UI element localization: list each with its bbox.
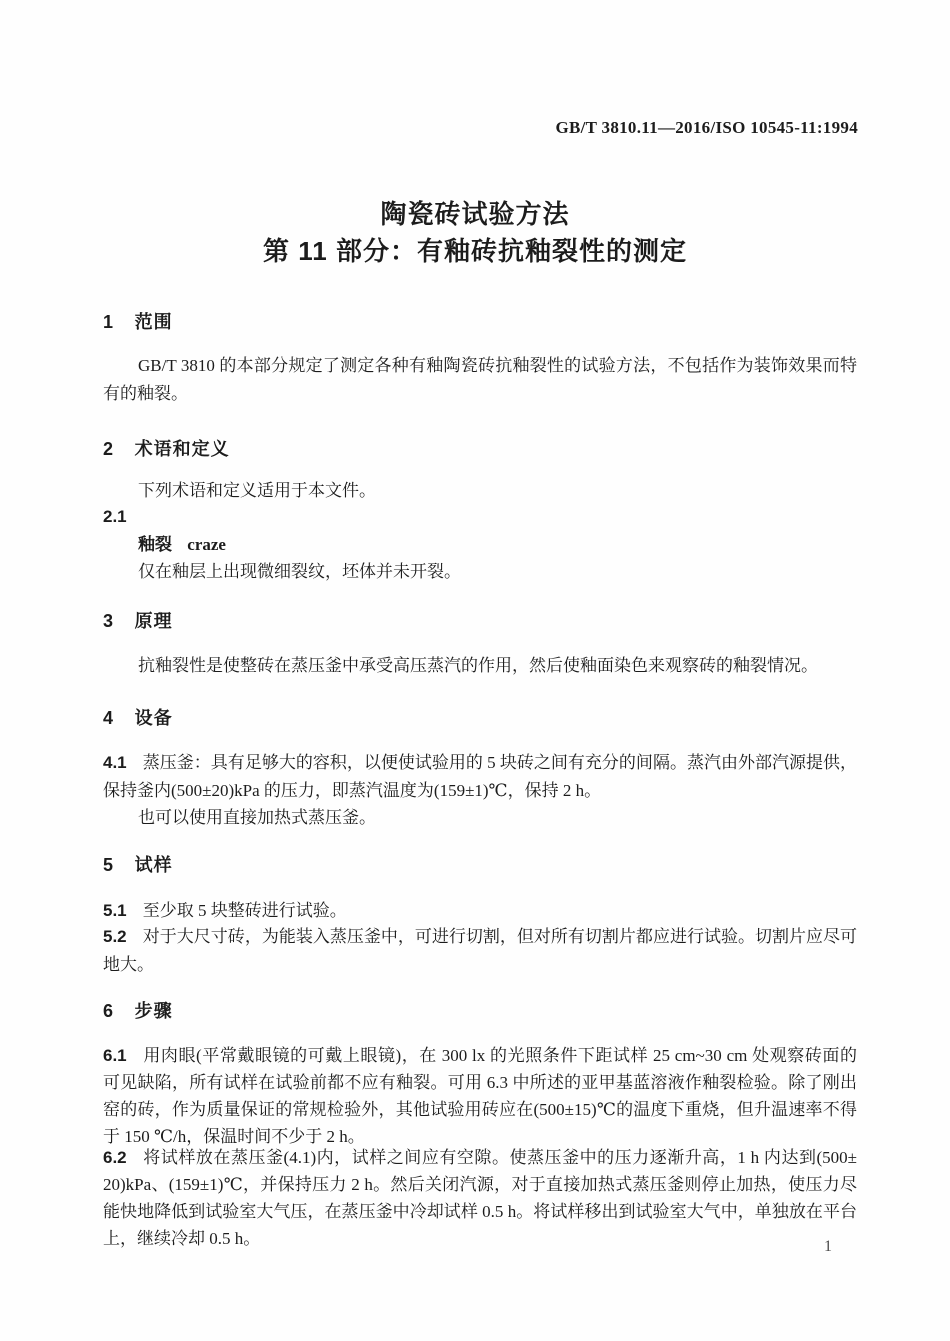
clause-5-1: 5.1至少取 5 块整砖进行试验。 [103, 897, 857, 925]
section-heading-scope: 1范围 [103, 309, 857, 335]
section-heading-procedure: 6步骤 [103, 998, 857, 1024]
text-line: 6.2将试样放在蒸压釜(4.1)内，试样之间应有空隙。使蒸压釜中的压力逐渐升高，… [103, 1144, 857, 1171]
section-heading-principle: 3原理 [103, 608, 857, 634]
section-number: 1 [103, 312, 113, 332]
document-page: GB/T 3810.11—2016/ISO 10545-11:1994 陶瓷砖试… [0, 0, 950, 1341]
text-line: 窑的砖，作为质量保证的常规检验外，其他试验用砖应在(500±15)℃的温度下重烧… [103, 1096, 857, 1123]
section-heading-apparatus: 4设备 [103, 705, 857, 731]
clause-text: 用肉眼(平常戴眼镜的可戴上眼镜)，在 300 lx 的光照条件下距试样 25 c… [143, 1046, 857, 1065]
document-title: 陶瓷砖试验方法 第 11 部分：有釉砖抗釉裂性的测定 [0, 196, 950, 270]
clause-6-1: 6.1用肉眼(平常戴眼镜的可戴上眼镜)，在 300 lx 的光照条件下距试样 2… [103, 1042, 857, 1150]
section-number: 5 [103, 855, 113, 875]
term-definition-line: 釉裂craze [103, 531, 857, 559]
section-label: 术语和定义 [135, 439, 230, 459]
clause-text: 对于大尺寸砖，为能装入蒸压釜中，可进行切割，但对所有切割片都应进行试验。切割片应… [103, 927, 857, 951]
text-line: 也可以使用直接加热式蒸压釜。 [103, 804, 857, 832]
text-line: 5.1至少取 5 块整砖进行试验。 [103, 897, 857, 925]
doc-title-line2: 第 11 部分：有釉砖抗釉裂性的测定 [0, 233, 950, 270]
section-label: 原理 [135, 611, 173, 631]
section-label: 试样 [135, 855, 173, 875]
term-english: craze [187, 535, 226, 554]
text-line: 下列术语和定义适用于本文件。 [103, 477, 857, 505]
section-number: 3 [103, 611, 113, 631]
clause-4-1: 4.1蒸压釜：具有足够大的容积，以便使试验用的 5 块砖之间有充分的间隔。蒸汽由… [103, 749, 857, 805]
clause-number: 4.1 [103, 753, 127, 772]
clause-4-1-note: 也可以使用直接加热式蒸压釜。 [103, 804, 857, 832]
section-label: 设备 [135, 708, 173, 728]
text-line: 可见缺陷，所有试样在试验前都不应有釉裂。可用 6.3 中所述的亚甲基蓝溶液作釉裂… [103, 1069, 857, 1096]
clause-text: 蒸压釜：具有足够大的容积，以便使试验用的 5 块砖之间有充分的间隔。蒸汽由外部汽… [103, 753, 857, 777]
principle-paragraph: 抗釉裂性是使整砖在蒸压釜中承受高压蒸汽的作用，然后使釉面染色来观察砖的釉裂情况。 [103, 652, 857, 680]
section-number: 2 [103, 439, 113, 459]
clause-6-2: 6.2将试样放在蒸压釜(4.1)内，试样之间应有空隙。使蒸压釜中的压力逐渐升高，… [103, 1144, 857, 1252]
text-line: 5.2对于大尺寸砖，为能装入蒸压釜中，可进行切割，但对所有切割片都应进行试验。切… [103, 923, 857, 951]
clause-number: 5.2 [103, 927, 127, 946]
text-line: 有的釉裂。 [103, 380, 857, 408]
text-line: 地大。 [103, 951, 857, 979]
section-heading-test-specimens: 5试样 [103, 852, 857, 878]
term-chinese: 釉裂 [138, 535, 172, 554]
text-line: GB/T 3810 的本部分规定了测定各种有釉陶瓷砖抗釉裂性的试验方法，不包括作… [103, 352, 857, 380]
text-line: 仅在釉层上出现微细裂纹，坯体并未开裂。 [103, 558, 857, 586]
clause-text: 至少取 5 块整砖进行试验。 [143, 901, 347, 920]
text-line: 20)kPa、(159±1)℃，并保持压力 2 h。然后关闭汽源，对于直接加热式… [103, 1171, 857, 1198]
clause-2-1-number: 2.1 [103, 503, 857, 531]
clause-number: 5.1 [103, 901, 127, 920]
clause-text: 将试样放在蒸压釜(4.1)内，试样之间应有空隙。使蒸压釜中的压力逐渐升高，1 h… [143, 1148, 857, 1167]
text-line: 上，继续冷却 0.5 h。 [103, 1225, 857, 1252]
clause-number: 6.1 [103, 1046, 127, 1065]
text-line: 能快地降低到试验室大气压，在蒸压釜中冷却试样 0.5 h。将试样移出到试验室大气… [103, 1198, 857, 1225]
text-line: 抗釉裂性是使整砖在蒸压釜中承受高压蒸汽的作用，然后使釉面染色来观察砖的釉裂情况。 [103, 652, 857, 680]
text-line: 釉裂craze [103, 531, 857, 559]
doc-title-line1: 陶瓷砖试验方法 [0, 196, 950, 233]
terms-intro: 下列术语和定义适用于本文件。 [103, 477, 857, 505]
clause-number: 6.2 [103, 1148, 127, 1167]
text-line: 4.1蒸压釜：具有足够大的容积，以便使试验用的 5 块砖之间有充分的间隔。蒸汽由… [103, 749, 857, 777]
section-number: 4 [103, 708, 113, 728]
text-line: 6.1用肉眼(平常戴眼镜的可戴上眼镜)，在 300 lx 的光照条件下距试样 2… [103, 1042, 857, 1069]
standard-code: GB/T 3810.11—2016/ISO 10545-11:1994 [555, 118, 858, 138]
text-line: 保持釜内(500±20)kPa 的压力，即蒸汽温度为(159±1)℃，保持 2 … [103, 777, 857, 805]
scope-paragraph: GB/T 3810 的本部分规定了测定各种有釉陶瓷砖抗釉裂性的试验方法，不包括作… [103, 352, 857, 408]
definition-text: 仅在釉层上出现微细裂纹，坯体并未开裂。 [103, 558, 857, 586]
clause-number: 2.1 [103, 507, 127, 526]
section-label: 范围 [135, 312, 173, 332]
section-label: 步骤 [135, 1001, 173, 1021]
section-number: 6 [103, 1001, 113, 1021]
clause-5-2: 5.2对于大尺寸砖，为能装入蒸压釜中，可进行切割，但对所有切割片都应进行试验。切… [103, 923, 857, 979]
section-heading-terms: 2术语和定义 [103, 436, 857, 462]
page-number: 1 [824, 1238, 832, 1256]
